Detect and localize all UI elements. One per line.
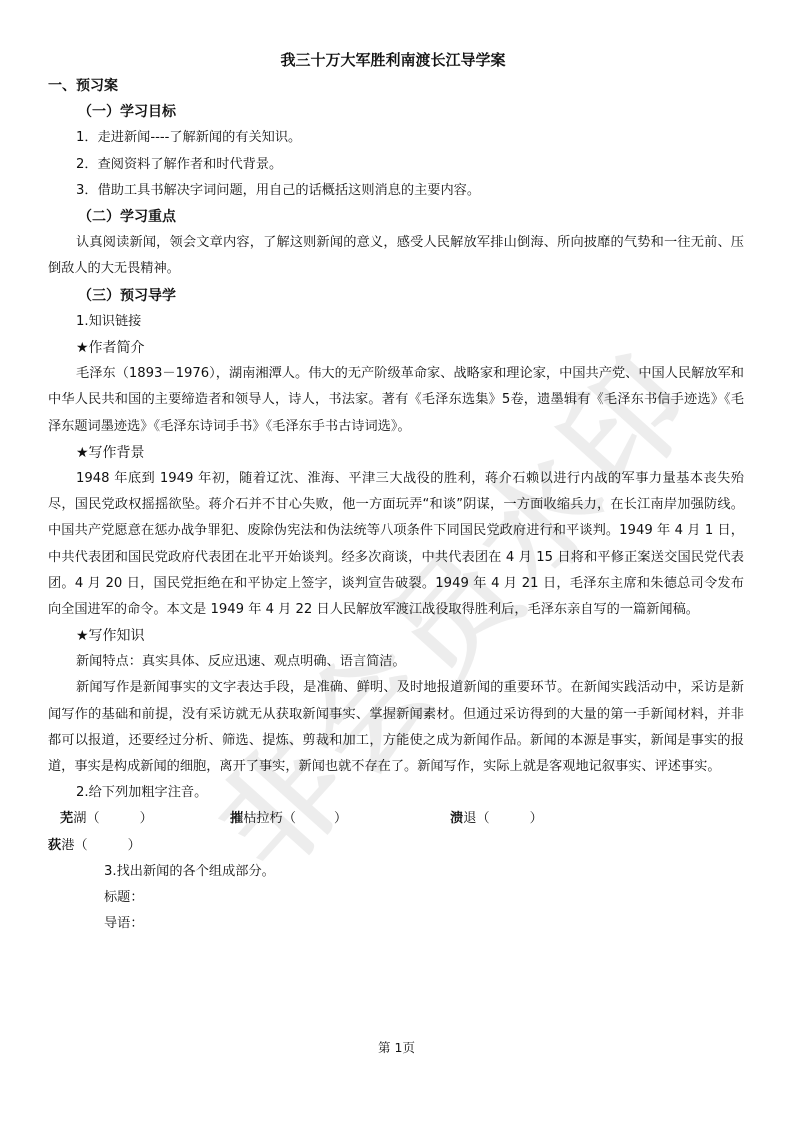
goals-heading: （一）学习目标: [48, 99, 748, 125]
pinyin-item: 摧枯拉朽（）: [230, 806, 450, 832]
guide-heading: （三）预习导学: [48, 283, 748, 309]
background-text: 1948 年底到 1949 年初，随着辽沈、淮海、平津三大战役的胜利，蒋介石赖以…: [48, 466, 744, 623]
page-number: 第 1页: [0, 1038, 793, 1056]
section-heading-preview: 一、预习案: [48, 73, 748, 99]
paren-close: ）: [140, 811, 153, 826]
pinyin-exercise-label: 2.给下列加粗字注音。: [48, 780, 748, 806]
background-heading: ★写作背景: [48, 440, 748, 466]
goal-item: 3．借助工具书解决字词问题，用自己的话概括这则消息的主要内容。: [48, 178, 748, 204]
author-text: 毛泽东（1893－1976），湖南湘潭人。伟大的无产阶级革命家、战略家和理论家，…: [48, 361, 744, 440]
bold-char: 摧: [230, 811, 243, 826]
document-content: 我三十万大军胜利南渡长江导学案 一、预习案 （一）学习目标 1．走进新闻----…: [48, 47, 748, 937]
bold-char: 荻: [48, 838, 61, 853]
page-title: 我三十万大军胜利南渡长江导学案: [38, 47, 748, 73]
paren-open: （: [74, 838, 87, 853]
knowledge-link-label: 1.知识链接: [48, 309, 748, 335]
news-features: 新闻特点：真实具体、反应迅速、观点明确、语言简洁。: [48, 649, 748, 675]
pinyin-item: 荻港（）: [48, 833, 141, 859]
field-lead: 导语：: [48, 911, 748, 937]
knowledge-text: 新闻写作是新闻事实的文字表达手段，是准确、鲜明、及时地报道新闻的重要环节。在新闻…: [48, 675, 744, 780]
pinyin-item: 芜湖（）: [60, 806, 230, 832]
focus-text: 认真阅读新闻，领会文章内容，了解这则新闻的意义，感受人民解放军排山倒海、所向披靡…: [48, 230, 744, 282]
pinyin-row: 荻港（）: [48, 833, 748, 859]
word-rest: 港: [61, 838, 74, 853]
word-rest: 退: [463, 811, 476, 826]
knowledge-heading: ★写作知识: [48, 623, 748, 649]
goal-item: 1．走进新闻----了解新闻的有关知识。: [48, 125, 748, 151]
focus-heading: （二）学习重点: [48, 204, 748, 230]
document-page: 非会员水印 我三十万大军胜利南渡长江导学案 一、预习案 （一）学习目标 1．走进…: [0, 0, 793, 1122]
components-exercise-label: 3.找出新闻的各个组成部分。: [48, 859, 748, 885]
bold-char: 芜: [60, 811, 73, 826]
paren-close: ）: [530, 811, 543, 826]
word-rest: 枯拉朽: [243, 811, 283, 826]
bold-char: 溃: [450, 811, 463, 826]
author-heading: ★作者简介: [48, 335, 748, 361]
paren-open: （: [476, 811, 489, 826]
paren-close: ）: [128, 838, 141, 853]
paren-close: ）: [334, 811, 347, 826]
pinyin-row: 芜湖（） 摧枯拉朽（） 溃退（）: [48, 806, 748, 832]
goal-item: 2．查阅资料了解作者和时代背景。: [48, 152, 748, 178]
pinyin-item: 溃退（）: [450, 806, 543, 832]
word-rest: 湖: [73, 811, 86, 826]
paren-open: （: [283, 811, 296, 826]
paren-open: （: [86, 811, 99, 826]
field-title: 标题：: [48, 885, 748, 911]
